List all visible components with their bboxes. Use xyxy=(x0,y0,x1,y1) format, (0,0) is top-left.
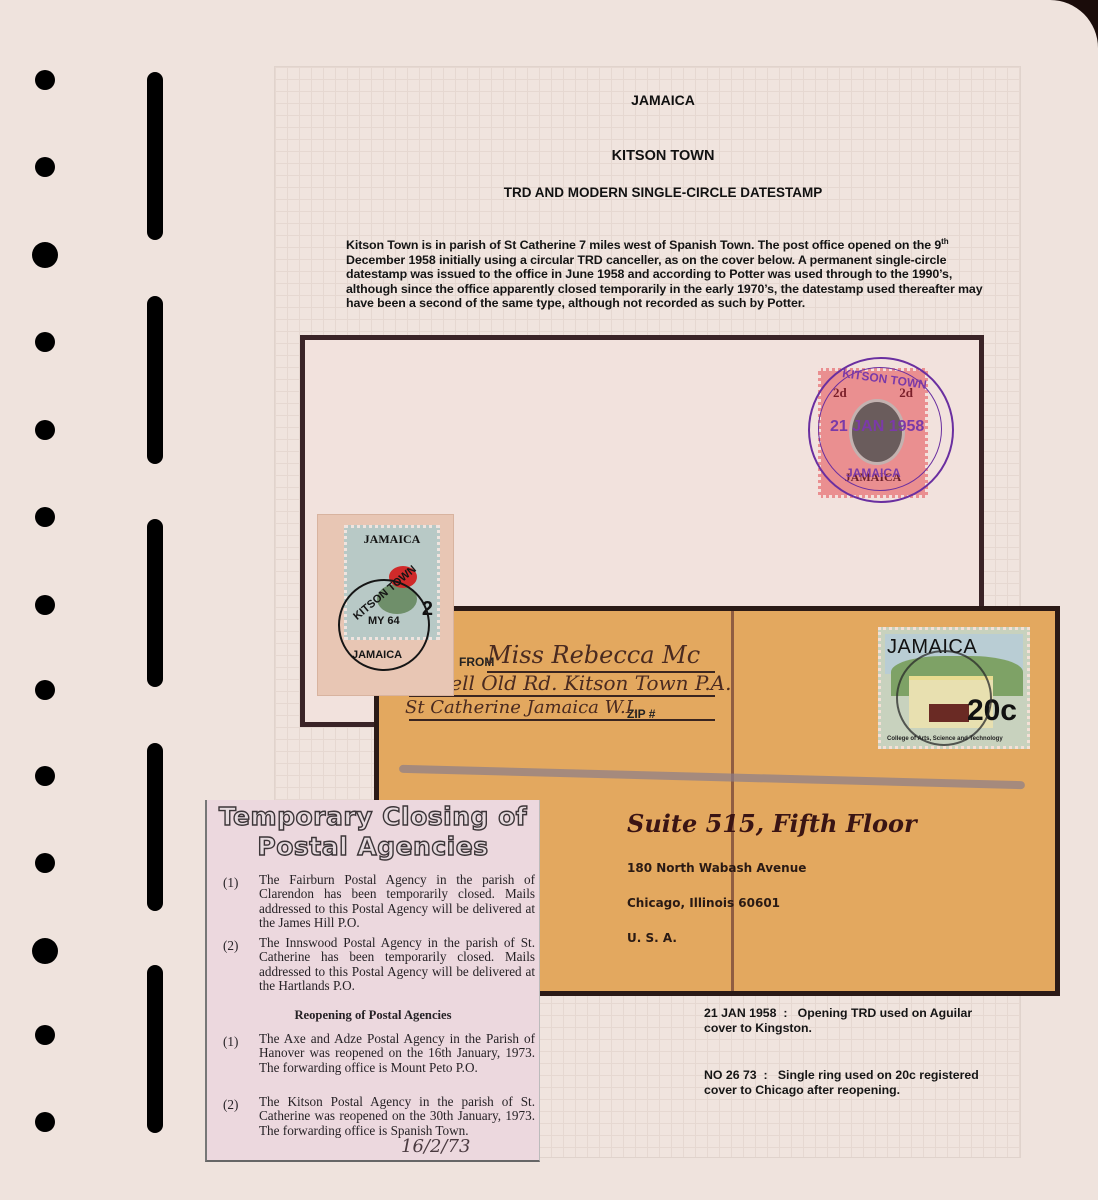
addressee-street: 180 North Wabash Avenue xyxy=(627,861,806,875)
page-heading-country: JAMAICA xyxy=(114,92,1098,108)
piece-postmark-date: MY 64 xyxy=(368,615,400,627)
binder-hole xyxy=(35,1025,55,1045)
binder-slot xyxy=(147,743,163,911)
clipping-item-text: The Kitson Postal Agency in the parish o… xyxy=(259,1095,535,1138)
album-page: JAMAICA KITSON TOWN TRD AND MODERN SINGL… xyxy=(0,0,1098,1200)
clipping-headline-2: Postal Agencies xyxy=(207,832,539,861)
newspaper-clipping: Temporary Closing of Postal Agencies (1)… xyxy=(205,800,540,1162)
caption-separator: : xyxy=(783,1006,787,1020)
intro-paragraph: Kitson Town is in parish of St Catherine… xyxy=(346,238,996,311)
binder-hole xyxy=(35,70,55,90)
caption-1958: 21 JAN 1958 : Opening TRD used on Aguila… xyxy=(704,1006,1004,1036)
binder-hole xyxy=(35,680,55,700)
caption-1973: NO 26 73 : Single ring used on 20c regis… xyxy=(704,1068,1004,1098)
addressee-city: Chicago, Illinois 60601 xyxy=(627,896,780,910)
binder-hole xyxy=(35,507,55,527)
trd-postmark-country: JAMAICA xyxy=(846,466,901,480)
binder-hole xyxy=(35,332,55,352)
binder-hole xyxy=(35,595,55,615)
clipping-headline-1: Temporary Closing of xyxy=(207,802,539,831)
binder-hole xyxy=(35,853,55,873)
clipping-item-number: (2) xyxy=(223,1097,238,1113)
single-ring-postmark-1973 xyxy=(896,650,992,746)
binder-slot xyxy=(147,965,163,1133)
caption-separator: : xyxy=(763,1068,767,1082)
clipping-item-number: (1) xyxy=(223,1034,238,1050)
intro-text-1: Kitson Town is in parish of St Catherine… xyxy=(346,238,941,252)
addressee-country: U. S. A. xyxy=(627,931,677,945)
page-heading-office: KITSON TOWN xyxy=(114,148,1098,164)
envelope-fold-line xyxy=(731,611,734,991)
stamp-country: JAMAICA xyxy=(347,532,437,547)
binder-slot xyxy=(147,519,163,687)
addressee-suite: Suite 515, Fifth Floor xyxy=(627,809,917,838)
clipping-item-text: The Innswood Postal Agency in the parish… xyxy=(259,936,535,994)
intro-superscript: th xyxy=(941,237,948,246)
clipping-subheading: Reopening of Postal Agencies xyxy=(207,1008,539,1023)
binder-slot xyxy=(147,296,163,464)
clipping-item-number: (2) xyxy=(223,938,238,954)
binder-hole xyxy=(32,242,58,268)
sender-street-handwriting: vell Old Rd. Kitson Town P.A. xyxy=(439,671,731,695)
binder-hole xyxy=(35,157,55,177)
registration-crayon-line xyxy=(399,765,1025,789)
clipping-item-number: (1) xyxy=(223,875,238,891)
stamp-on-piece: JAMAICA 2 KITSON TOWN MY 64 JAMAICA xyxy=(318,515,453,695)
clipping-item-text: The Fairburn Postal Agency in the parish… xyxy=(259,873,535,931)
binder-hole xyxy=(32,938,58,964)
address-rule xyxy=(409,719,715,721)
clipping-item-text: The Axe and Adze Postal Agency in the Pa… xyxy=(259,1032,535,1075)
piece-postmark-country: JAMAICA xyxy=(352,649,402,661)
clipping-handwritten-date: 16/2/73 xyxy=(401,1136,470,1157)
sender-name-handwriting: Miss Rebecca Mc xyxy=(487,641,700,669)
trd-postmark-date: 21 JAN 1958 xyxy=(830,418,924,436)
caption-date: 21 JAN 1958 xyxy=(704,1006,776,1020)
binder-hole xyxy=(35,1112,55,1132)
binder-hole xyxy=(35,766,55,786)
page-subtitle: TRD AND MODERN SINGLE-CIRCLE DATESTAMP xyxy=(114,185,1098,200)
sender-parish-handwriting: St Catherine Jamaica W.I. xyxy=(405,697,639,718)
caption-date: NO 26 73 xyxy=(704,1068,757,1082)
intro-text-2: December 1958 initially using a circular… xyxy=(346,253,983,311)
binder-hole xyxy=(35,420,55,440)
